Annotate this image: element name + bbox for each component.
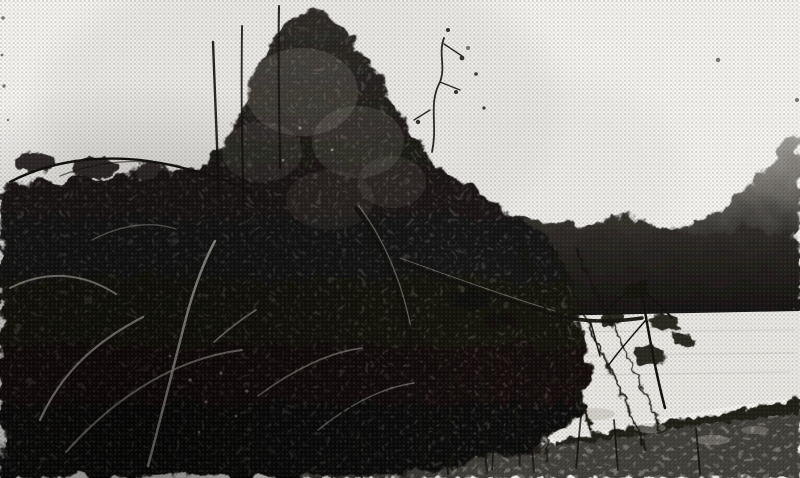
film-grain — [0, 0, 800, 478]
photograph — [0, 0, 800, 478]
photo-canvas — [0, 0, 800, 478]
